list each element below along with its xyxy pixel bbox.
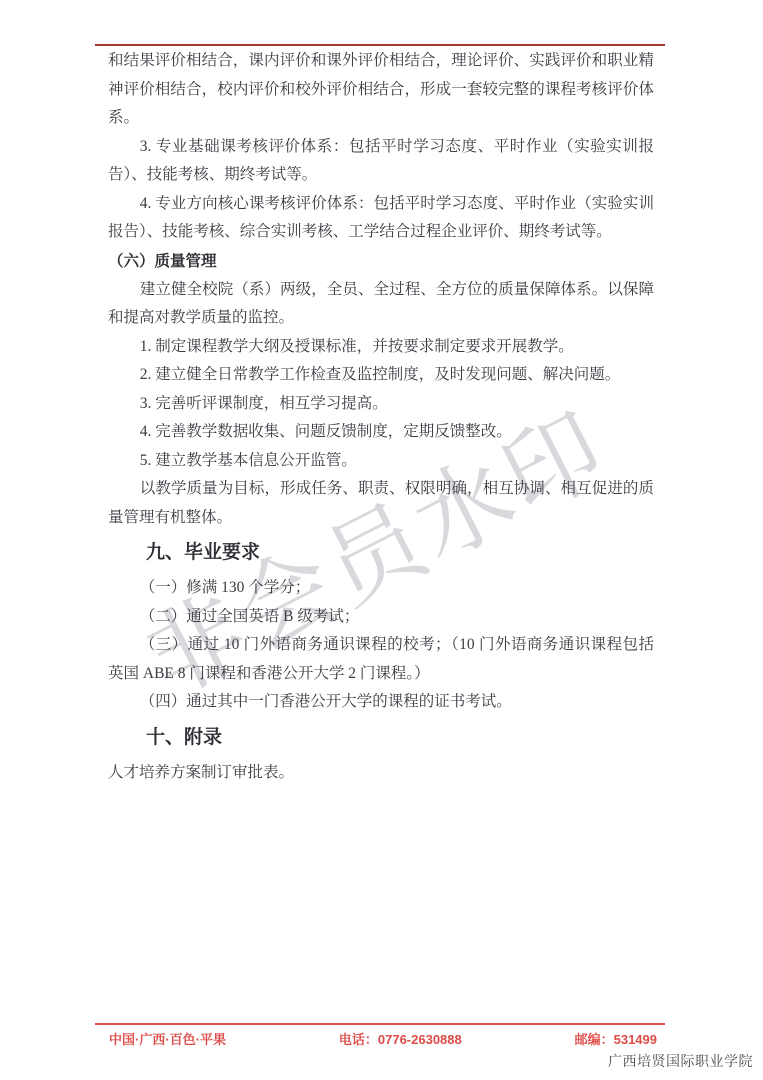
paragraph: 5. 建立教学基本信息公开监管。 [108, 447, 654, 476]
section-heading: （六）质量管理 [108, 247, 654, 276]
footer: 中国·广西·百色·平果 电话：0776-2630888 邮编：531499 [95, 1029, 665, 1048]
paragraph: 建立健全校院（系）两级，全员、全过程、全方位的质量保障体系。以保障和提高对教学质… [108, 276, 654, 333]
paragraph: 2. 建立健全日常教学工作检查及监控制度，及时发现问题、解决问题。 [108, 361, 654, 390]
section-heading: 九、毕业要求 [108, 535, 654, 571]
footer-location-text: 中国·广西·百色·平果 [109, 1029, 226, 1048]
footer-postal-text: 邮编：531499 [575, 1029, 657, 1048]
paragraph: 4. 完善教学数据收集、问题反馈制度，定期反馈整改。 [108, 418, 654, 447]
paragraph: 3. 专业基础课考核评价体系：包括平时学习态度、平时作业（实验实训报告）、技能考… [108, 133, 654, 190]
document-page: 非会员水印 和结果评价相结合，课内评价和课外评价相结合，理论评价、实践评价和职业… [0, 0, 763, 1080]
paragraph: 人才培养方案制订审批表。 [108, 759, 654, 788]
institution-name: 广西培贤国际职业学院 [608, 1051, 753, 1071]
document-body: 和结果评价相结合，课内评价和课外评价相结合，理论评价、实践评价和职业精神评价相结… [108, 47, 654, 787]
paragraph: （二）通过全国英语 B 级考试； [108, 603, 654, 632]
paragraph: 1. 制定课程教学大纲及授课标准，并按要求制定要求开展教学。 [108, 333, 654, 362]
paragraph: （一）修满 130 个学分； [108, 574, 654, 603]
header-rule [95, 44, 665, 46]
footer-rule [95, 1023, 665, 1025]
paragraph: 和结果评价相结合，课内评价和课外评价相结合，理论评价、实践评价和职业精神评价相结… [108, 47, 654, 133]
paragraph: 3. 完善听评课制度，相互学习提高。 [108, 390, 654, 419]
paragraph: （四）通过其中一门香港公开大学的课程的证书考试。 [108, 688, 654, 717]
footer-phone-text: 电话：0776-2630888 [339, 1029, 462, 1048]
paragraph: 以教学质量为目标，形成任务、职责、权限明确，相互协调、相互促进的质量管理有机整体… [108, 475, 654, 532]
paragraph: （三）通过 10 门外语商务通识课程的校考；（10 门外语商务通识课程包括英国 … [108, 631, 654, 688]
section-heading: 十、附录 [108, 720, 654, 756]
paragraph: 4. 专业方向核心课考核评价体系：包括平时学习态度、平时作业（实验实训报告）、技… [108, 190, 654, 247]
